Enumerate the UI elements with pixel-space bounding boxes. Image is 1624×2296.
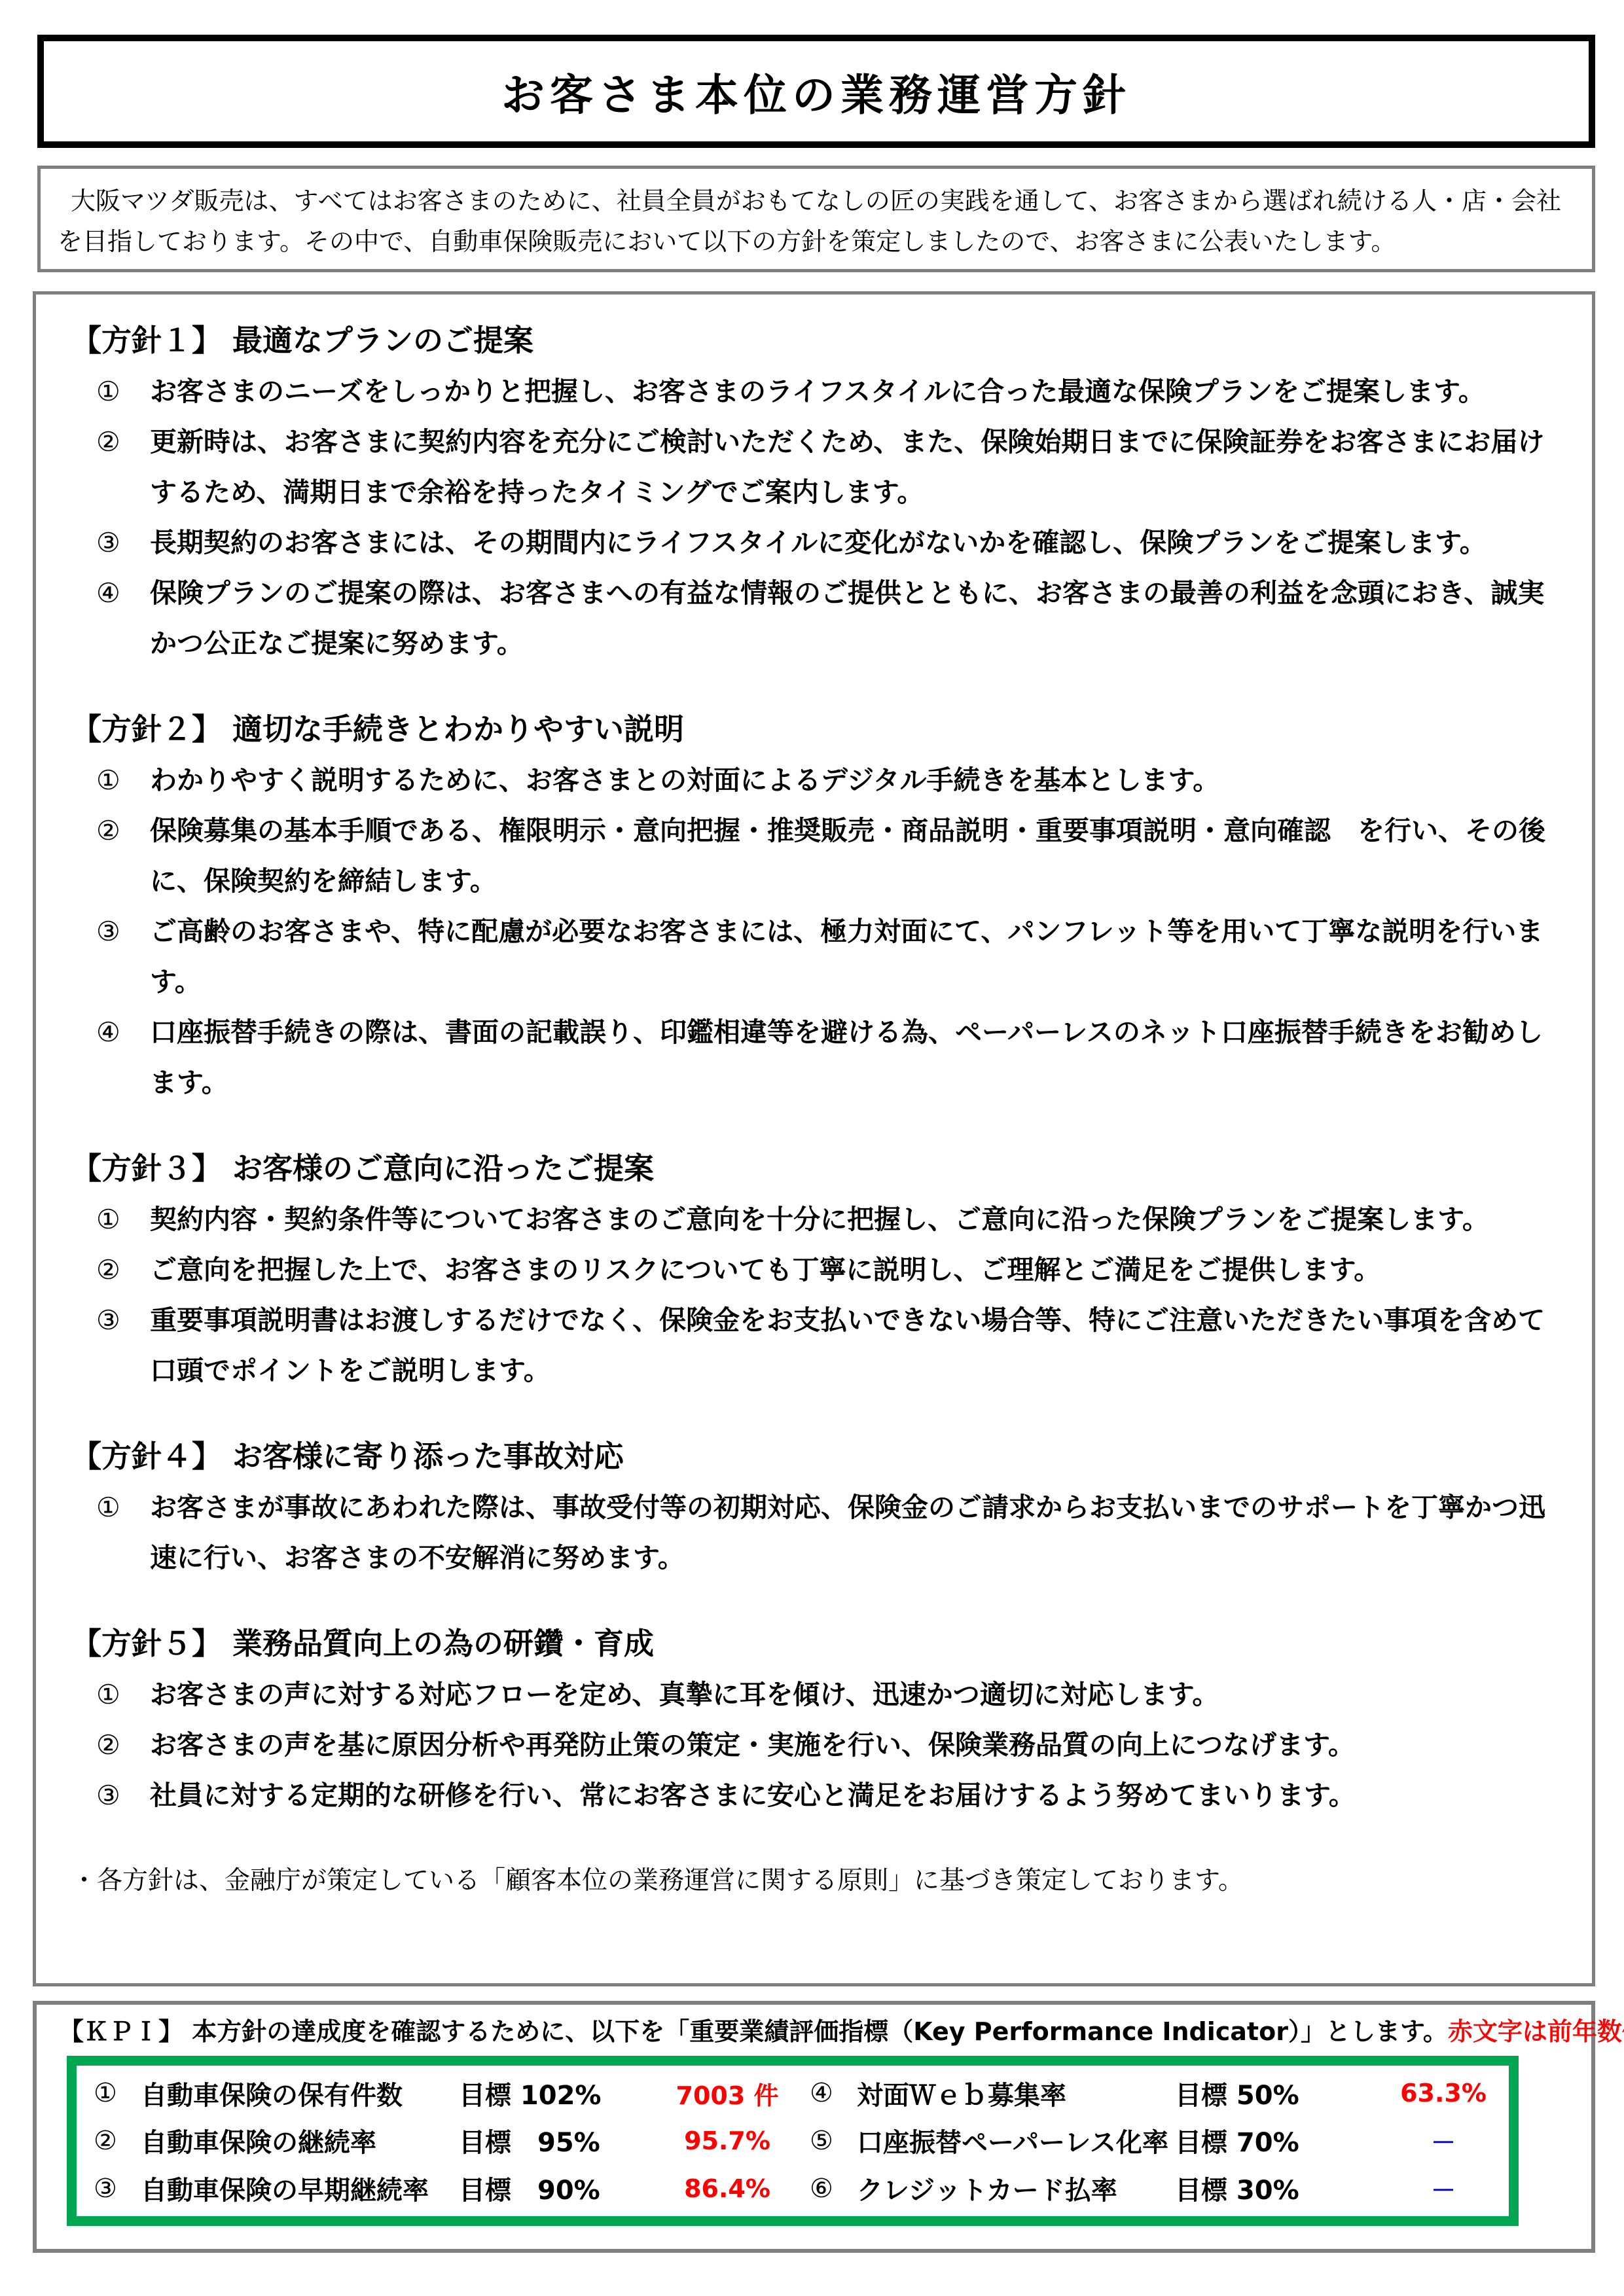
- item-text: 長期契約のお客さまには、その期間内にライフスタイルに変化がないかを確認し、保険プ…: [150, 518, 1561, 568]
- kpi-header-text: 【ＫＰＩ】 本方針の達成度を確認するために、以下を「重要業績評価指標（Key P…: [59, 2015, 1448, 2048]
- item-number: ①: [96, 1482, 150, 1533]
- item-number: ①: [96, 1194, 150, 1245]
- policy-section-5: 【方針５】 業務品質向上の為の研鑽・育成 ① お客さまの声に対する対応フローを定…: [67, 1620, 1561, 1821]
- policy-item: ③ 社員に対する定期的な研修を行い、常にお客さまに安心と満足をお届けするよう努め…: [67, 1770, 1561, 1821]
- intro-box: 大阪マツダ販売は、すべてはお客さまのために、社員全員がおもてなしの匠の実践を通し…: [37, 166, 1595, 272]
- kpi-item: ② 自動車保険の継続率 目標 95% 95.7%: [94, 2122, 793, 2159]
- kpi-prior-year-value: 7003 件: [662, 2075, 793, 2111]
- kpi-red-note: 赤文字は前年数値: [1448, 2015, 1624, 2048]
- item-number: ③: [96, 1295, 150, 1346]
- policy-item: ① わかりやすく説明するために、お客さまとの対面によるデジタル手続きを基本としま…: [67, 755, 1561, 806]
- item-number: ④: [96, 568, 150, 619]
- kpi-item: ③ 自動車保険の早期継続率 目標 90% 86.4%: [94, 2170, 793, 2207]
- policy-item: ② お客さまの声を基に原因分析や再発防止策の策定・実施を行い、保険業務品質の向上…: [67, 1720, 1561, 1770]
- item-number: ①: [96, 1670, 150, 1720]
- item-text: 保険募集の基本手順である、権限明示・意向把握・推奨販売・商品説明・重要事項説明・…: [150, 806, 1561, 906]
- policy-item: ① お客さまの声に対する対応フローを定め、真摯に耳を傾け、迅速かつ適切に対応しま…: [67, 1670, 1561, 1720]
- item-text: お客さまの声に対する対応フローを定め、真摯に耳を傾け、迅速かつ適切に対応します。: [150, 1670, 1561, 1720]
- item-number: ②: [96, 1720, 150, 1770]
- kpi-number: ④: [810, 2078, 857, 2108]
- kpi-no-prior-value: －: [1378, 2170, 1509, 2206]
- kpi-column-right: ④ 対面Ｗｅｂ募集率 目標 50% 63.3% ⑤ 口座振替ペーパーレス化率 目…: [793, 2070, 1509, 2212]
- item-text: 口座振替手続きの際は、書面の記載誤り、印鑑相違等を避ける為、ペーパーレスのネット…: [150, 1007, 1561, 1108]
- kpi-box: 【ＫＰＩ】 本方針の達成度を確認するために、以下を「重要業績評価指標（Key P…: [33, 2001, 1595, 2253]
- page-title: お客さま本位の業務運営方針: [501, 60, 1131, 122]
- policy-item: ④ 保険プランのご提案の際は、お客さまへの有益な情報のご提供とともに、お客さまの…: [67, 568, 1561, 669]
- item-number: ④: [96, 1007, 150, 1058]
- policy-item: ③ 重要事項説明書はお渡しするだけでなく、保険金をお支払いできない場合等、特にご…: [67, 1295, 1561, 1396]
- item-text: ご意向を把握した上で、お客さまのリスクについても丁寧に説明し、ご理解とご満足をご…: [150, 1245, 1561, 1295]
- kpi-name: 自動車保険の早期継続率: [141, 2170, 459, 2207]
- item-text: 重要事項説明書はお渡しするだけでなく、保険金をお支払いできない場合等、特にご注意…: [150, 1295, 1561, 1396]
- kpi-number: ⑤: [810, 2126, 857, 2156]
- policy-item: ② 更新時は、お客さまに契約内容を充分にご検討いただくため、また、保険始期日まで…: [67, 417, 1561, 518]
- kpi-name: 対面Ｗｅｂ募集率: [857, 2075, 1175, 2112]
- item-text: お客さまのニーズをしっかりと把握し、お客さまのライフスタイルに合った最適な保険プ…: [150, 367, 1561, 417]
- item-number: ①: [96, 755, 150, 806]
- item-number: ③: [96, 518, 150, 568]
- footnote: ・各方針は、金融庁が策定している「顧客本位の業務運営に関する原則」に基づき策定し…: [71, 1861, 1561, 1901]
- item-number: ①: [96, 367, 150, 417]
- kpi-target: 目標 90%: [459, 2170, 662, 2207]
- item-number: ②: [96, 806, 150, 856]
- kpi-number: ③: [94, 2174, 141, 2204]
- kpi-target: 目標 70%: [1175, 2122, 1378, 2159]
- kpi-name: 口座振替ペーパーレス化率: [857, 2122, 1175, 2159]
- kpi-header: 【ＫＰＩ】 本方針の達成度を確認するために、以下を「重要業績評価指標（Key P…: [59, 2015, 1569, 2048]
- policy-item: ① お客さまのニーズをしっかりと把握し、お客さまのライフスタイルに合った最適な保…: [67, 367, 1561, 417]
- item-text: わかりやすく説明するために、お客さまとの対面によるデジタル手続きを基本とします。: [150, 755, 1561, 806]
- kpi-item: ① 自動車保険の保有件数 目標 102% 7003 件: [94, 2075, 793, 2112]
- item-number: ③: [96, 906, 150, 957]
- kpi-prior-year-value: 86.4%: [662, 2174, 793, 2203]
- policy-4-heading: 【方針４】 お客様に寄り添った事故対応: [71, 1433, 1561, 1480]
- kpi-number: ⑥: [810, 2174, 857, 2204]
- policy-section-4: 【方針４】 お客様に寄り添った事故対応 ① お客さまが事故にあわれた際は、事故受…: [67, 1433, 1561, 1583]
- kpi-target: 目標 102%: [459, 2075, 662, 2112]
- policy-item: ③ ご高齢のお客さまや、特に配慮が必要なお客さまには、極力対面にて、パンフレット…: [67, 906, 1561, 1007]
- item-text: 更新時は、お客さまに契約内容を充分にご検討いただくため、また、保険始期日までに保…: [150, 417, 1561, 518]
- kpi-item: ⑥ クレジットカード払率 目標 30% －: [810, 2170, 1509, 2207]
- policy-5-heading: 【方針５】 業務品質向上の為の研鑽・育成: [71, 1620, 1561, 1667]
- item-text: ご高齢のお客さまや、特に配慮が必要なお客さまには、極力対面にて、パンフレット等を…: [150, 906, 1561, 1007]
- policy-item: ① お客さまが事故にあわれた際は、事故受付等の初期対応、保険金のご請求からお支払…: [67, 1482, 1561, 1583]
- item-text: 契約内容・契約条件等についてお客さまのご意向を十分に把握し、ご意向に沿った保険プ…: [150, 1194, 1561, 1245]
- kpi-prior-year-value: 95.7%: [662, 2126, 793, 2155]
- item-number: ③: [96, 1770, 150, 1821]
- kpi-name: 自動車保険の保有件数: [141, 2075, 459, 2112]
- kpi-number: ①: [94, 2078, 141, 2108]
- item-number: ②: [96, 1245, 150, 1295]
- policy-section-2: 【方針２】 適切な手続きとわかりやすい説明 ① わかりやすく説明するために、お客…: [67, 706, 1561, 1108]
- policies-box: 【方針１】 最適なプランのご提案 ① お客さまのニーズをしっかりと把握し、お客さ…: [33, 291, 1595, 1986]
- policy-item: ② 保険募集の基本手順である、権限明示・意向把握・推奨販売・商品説明・重要事項説…: [67, 806, 1561, 906]
- kpi-column-left: ① 自動車保険の保有件数 目標 102% 7003 件 ② 自動車保険の継続率 …: [77, 2070, 793, 2212]
- kpi-target: 目標 30%: [1175, 2170, 1378, 2207]
- item-text: 保険プランのご提案の際は、お客さまへの有益な情報のご提供とともに、お客さまの最善…: [150, 568, 1561, 669]
- kpi-target: 目標 50%: [1175, 2075, 1378, 2112]
- policy-section-1: 【方針１】 最適なプランのご提案 ① お客さまのニーズをしっかりと把握し、お客さ…: [67, 317, 1561, 669]
- item-text: お客さまの声を基に原因分析や再発防止策の策定・実施を行い、保険業務品質の向上につ…: [150, 1720, 1561, 1770]
- item-text: 社員に対する定期的な研修を行い、常にお客さまに安心と満足をお届けするよう努めてま…: [150, 1770, 1561, 1821]
- policy-item: ① 契約内容・契約条件等についてお客さまのご意向を十分に把握し、ご意向に沿った保…: [67, 1194, 1561, 1245]
- title-box: お客さま本位の業務運営方針: [37, 35, 1595, 148]
- kpi-grid: ① 自動車保険の保有件数 目標 102% 7003 件 ② 自動車保険の継続率 …: [67, 2056, 1519, 2226]
- policy-2-heading: 【方針２】 適切な手続きとわかりやすい説明: [71, 706, 1561, 753]
- policy-item: ③ 長期契約のお客さまには、その期間内にライフスタイルに変化がないかを確認し、保…: [67, 518, 1561, 568]
- kpi-target: 目標 95%: [459, 2122, 662, 2159]
- policy-3-heading: 【方針３】 お客様のご意向に沿ったご提案: [71, 1145, 1561, 1192]
- policy-item: ④ 口座振替手続きの際は、書面の記載誤り、印鑑相違等を避ける為、ペーパーレスのネ…: [67, 1007, 1561, 1108]
- policy-item: ② ご意向を把握した上で、お客さまのリスクについても丁寧に説明し、ご理解とご満足…: [67, 1245, 1561, 1295]
- kpi-name: クレジットカード払率: [857, 2170, 1175, 2207]
- kpi-no-prior-value: －: [1378, 2123, 1509, 2159]
- kpi-prior-year-value: 63.3%: [1378, 2079, 1509, 2108]
- kpi-item: ⑤ 口座振替ペーパーレス化率 目標 70% －: [810, 2122, 1509, 2159]
- policy-1-heading: 【方針１】 最適なプランのご提案: [71, 317, 1561, 364]
- intro-paragraph: 大阪マツダ販売は、すべてはお客さまのために、社員全員がおもてなしの匠の実践を通し…: [58, 181, 1575, 262]
- kpi-name: 自動車保険の継続率: [141, 2122, 459, 2159]
- item-text: お客さまが事故にあわれた際は、事故受付等の初期対応、保険金のご請求からお支払いま…: [150, 1482, 1561, 1583]
- policy-section-3: 【方針３】 お客様のご意向に沿ったご提案 ① 契約内容・契約条件等についてお客さ…: [67, 1145, 1561, 1396]
- item-number: ②: [96, 417, 150, 467]
- kpi-number: ②: [94, 2126, 141, 2156]
- document-page: { "colors": { "title_border": "#000000",…: [0, 0, 1624, 2296]
- kpi-item: ④ 対面Ｗｅｂ募集率 目標 50% 63.3%: [810, 2075, 1509, 2112]
